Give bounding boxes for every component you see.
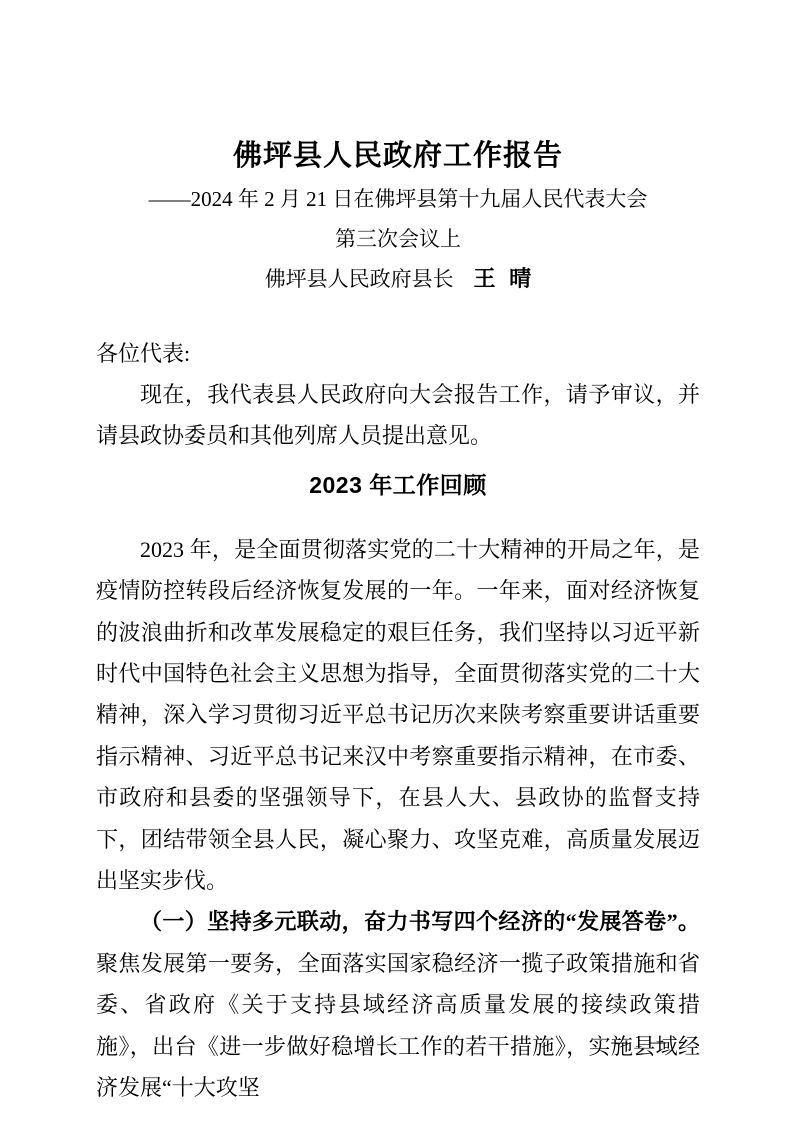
document-content: 佛坪县人民政府工作报告 ——2024 年 2 月 21 日在佛坪县第十九届人民代… [96, 0, 700, 1109]
section-heading-2023-review: 2023 年工作回顾 [96, 465, 700, 506]
paragraph-economy-lead: （一）坚持多元联动，奋力书写四个经济的“发展答卷”。 [140, 909, 700, 934]
page-number: — 1 — [611, 1031, 667, 1053]
document-subtitle-line-1: ——2024 年 2 月 21 日在佛坪县第十九届人民代表大会 [96, 179, 700, 219]
intro-paragraph: 现在，我代表县人民政府向大会报告工作，请予审议，并请县政协委员和其他列席人员提出… [96, 374, 700, 457]
author-title: 佛坪县人民政府县长 [265, 267, 454, 291]
paragraph-economy-text: 聚焦发展第一要务，全面落实国家稳经济一揽子政策措施和省委、省政府《关于支持县域经… [96, 951, 700, 1100]
paragraph-2023-overview: 2023 年，是全面贯彻落实党的二十大精神的开局之年，是疫情防控转段后经济恢复发… [96, 529, 700, 902]
document-title: 佛坪县人民政府工作报告 [96, 138, 700, 174]
author-line: 佛坪县人民政府县长王 晴 [96, 259, 700, 299]
document-page: 佛坪县人民政府工作报告 ——2024 年 2 月 21 日在佛坪县第十九届人民代… [0, 0, 793, 1122]
author-name: 王 晴 [473, 266, 531, 291]
document-subtitle-line-2: 第三次会议上 [96, 219, 700, 259]
salutation: 各位代表: [96, 333, 700, 374]
paragraph-economy: （一）坚持多元联动，奋力书写四个经济的“发展答卷”。聚焦发展第一要务，全面落实国… [96, 901, 700, 1108]
